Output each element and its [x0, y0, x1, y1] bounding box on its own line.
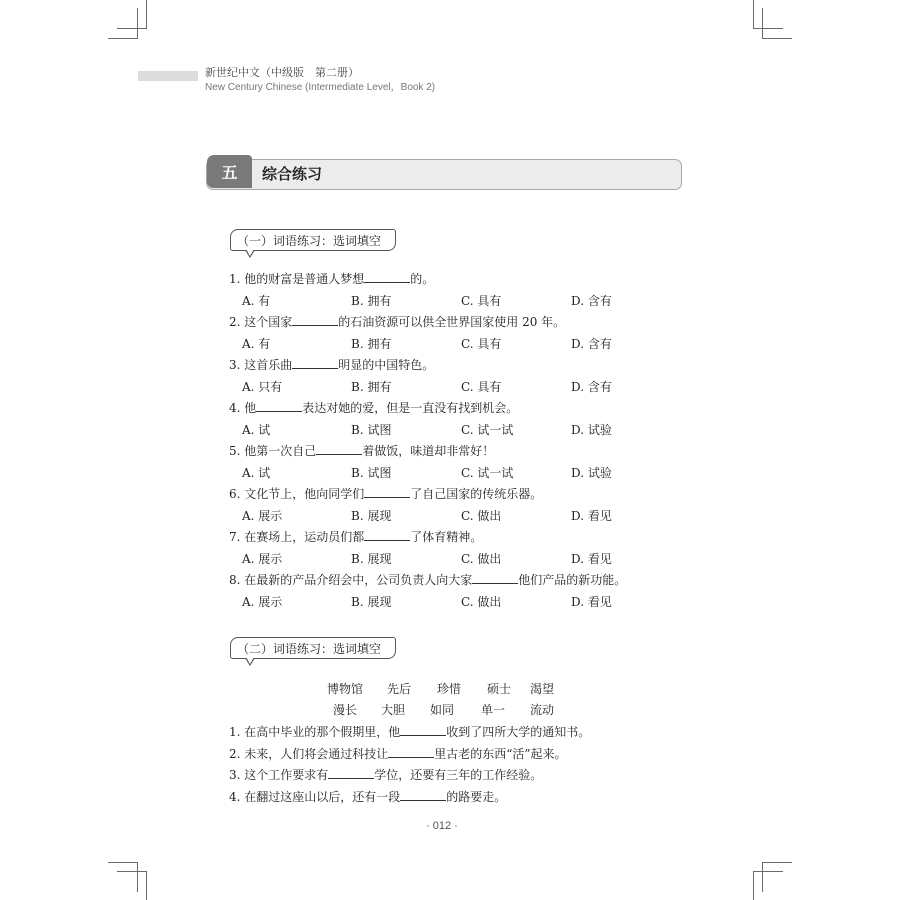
word-bank-item: 渴望: [530, 680, 554, 697]
word-bank-item: 博物馆: [327, 680, 363, 697]
question-item: 3. 这首乐曲明显的中国特色。: [229, 356, 434, 373]
option-a: A. 试: [242, 464, 270, 481]
word-bank-item: 硕士: [487, 680, 511, 697]
option-c: C. 具有: [461, 292, 501, 309]
question-item: 1. 他的财富是普通人梦想的。: [229, 270, 434, 287]
option-b: B. 拥有: [351, 378, 391, 395]
option-a: A. 只有: [242, 378, 282, 395]
question-item: 5. 他第一次自己着做饭，味道却非常好！: [229, 442, 494, 459]
part1-label-bubble: （一）词语练习：选词填空: [230, 229, 396, 251]
word-bank-item: 大胆: [381, 701, 405, 718]
question-item: 2. 这个国家的石油资源可以供全世界国家使用 20 年。: [229, 313, 565, 330]
word-bank-item: 先后: [387, 680, 411, 697]
answer-blank: [292, 315, 338, 326]
page-number: · 012 ·: [426, 820, 458, 832]
option-c: C. 具有: [461, 378, 501, 395]
option-a: A. 有: [242, 335, 270, 352]
option-c: C. 做出: [461, 593, 501, 610]
question-item: 3. 这个工作要求有学位，还要有三年的工作经验。: [229, 766, 542, 783]
option-c: C. 试一试: [461, 464, 513, 481]
question-item: 1. 在高中毕业的那个假期里，他收到了四所大学的通知书。: [229, 723, 590, 740]
option-b: B. 拥有: [351, 335, 391, 352]
option-c: C. 试一试: [461, 421, 513, 438]
option-d: D. 试验: [571, 421, 612, 438]
word-bank-item: 流动: [530, 701, 554, 718]
option-b: B. 展现: [351, 593, 391, 610]
option-b: B. 展现: [351, 507, 391, 524]
option-b: B. 展现: [351, 550, 391, 567]
option-d: D. 试验: [571, 464, 612, 481]
answer-blank: [388, 747, 434, 758]
option-c: C. 具有: [461, 335, 501, 352]
option-c: C. 做出: [461, 507, 501, 524]
header-decor-bar: [138, 71, 198, 81]
part1-label: （一）词语练习：选词填空: [237, 234, 381, 248]
option-a: A. 展示: [242, 507, 282, 524]
word-bank-item: 如同: [430, 701, 454, 718]
answer-blank: [472, 573, 518, 584]
answer-blank: [316, 444, 362, 455]
part2-label-bubble: （二）词语练习：选词填空: [230, 637, 396, 659]
answer-blank: [400, 725, 446, 736]
section-number: 五: [207, 155, 252, 188]
option-d: D. 含有: [571, 335, 612, 352]
question-item: 7. 在赛场上，运动员们都了体育精神。: [229, 528, 482, 545]
option-a: A. 展示: [242, 593, 282, 610]
answer-blank: [364, 487, 410, 498]
option-b: B. 试图: [351, 464, 391, 481]
option-d: D. 看见: [571, 550, 612, 567]
question-item: 4. 他表达对她的爱，但是一直没有找到机会。: [229, 399, 518, 416]
question-item: 2. 未来，人们将会通过科技让里古老的东西“活”起来。: [229, 745, 567, 762]
answer-blank: [256, 401, 302, 412]
answer-blank: [292, 358, 338, 369]
question-item: 8. 在最新的产品介绍会中，公司负责人向大家他们产品的新功能。: [229, 571, 626, 588]
header-title-en: New Century Chinese (Intermediate Level，…: [205, 78, 435, 93]
option-a: A. 试: [242, 421, 270, 438]
answer-blank: [364, 530, 410, 541]
word-bank-item: 单一: [481, 701, 505, 718]
question-item: 6. 文化节上，他向同学们了自己国家的传统乐器。: [229, 485, 542, 502]
section-title: 综合练习: [262, 163, 322, 184]
option-b: B. 试图: [351, 421, 391, 438]
part2-label: （二）词语练习：选词填空: [237, 642, 381, 656]
word-bank-item: 漫长: [333, 701, 357, 718]
word-bank-item: 珍惜: [437, 680, 461, 697]
option-d: D. 含有: [571, 378, 612, 395]
answer-blank: [364, 272, 410, 283]
option-d: D. 含有: [571, 292, 612, 309]
option-d: D. 看见: [571, 507, 612, 524]
answer-blank: [328, 768, 374, 779]
answer-blank: [400, 790, 446, 801]
option-d: D. 看见: [571, 593, 612, 610]
option-a: A. 有: [242, 292, 270, 309]
option-a: A. 展示: [242, 550, 282, 567]
question-item: 4. 在翻过这座山以后，还有一段的路要走。: [229, 788, 506, 805]
option-b: B. 拥有: [351, 292, 391, 309]
option-c: C. 做出: [461, 550, 501, 567]
